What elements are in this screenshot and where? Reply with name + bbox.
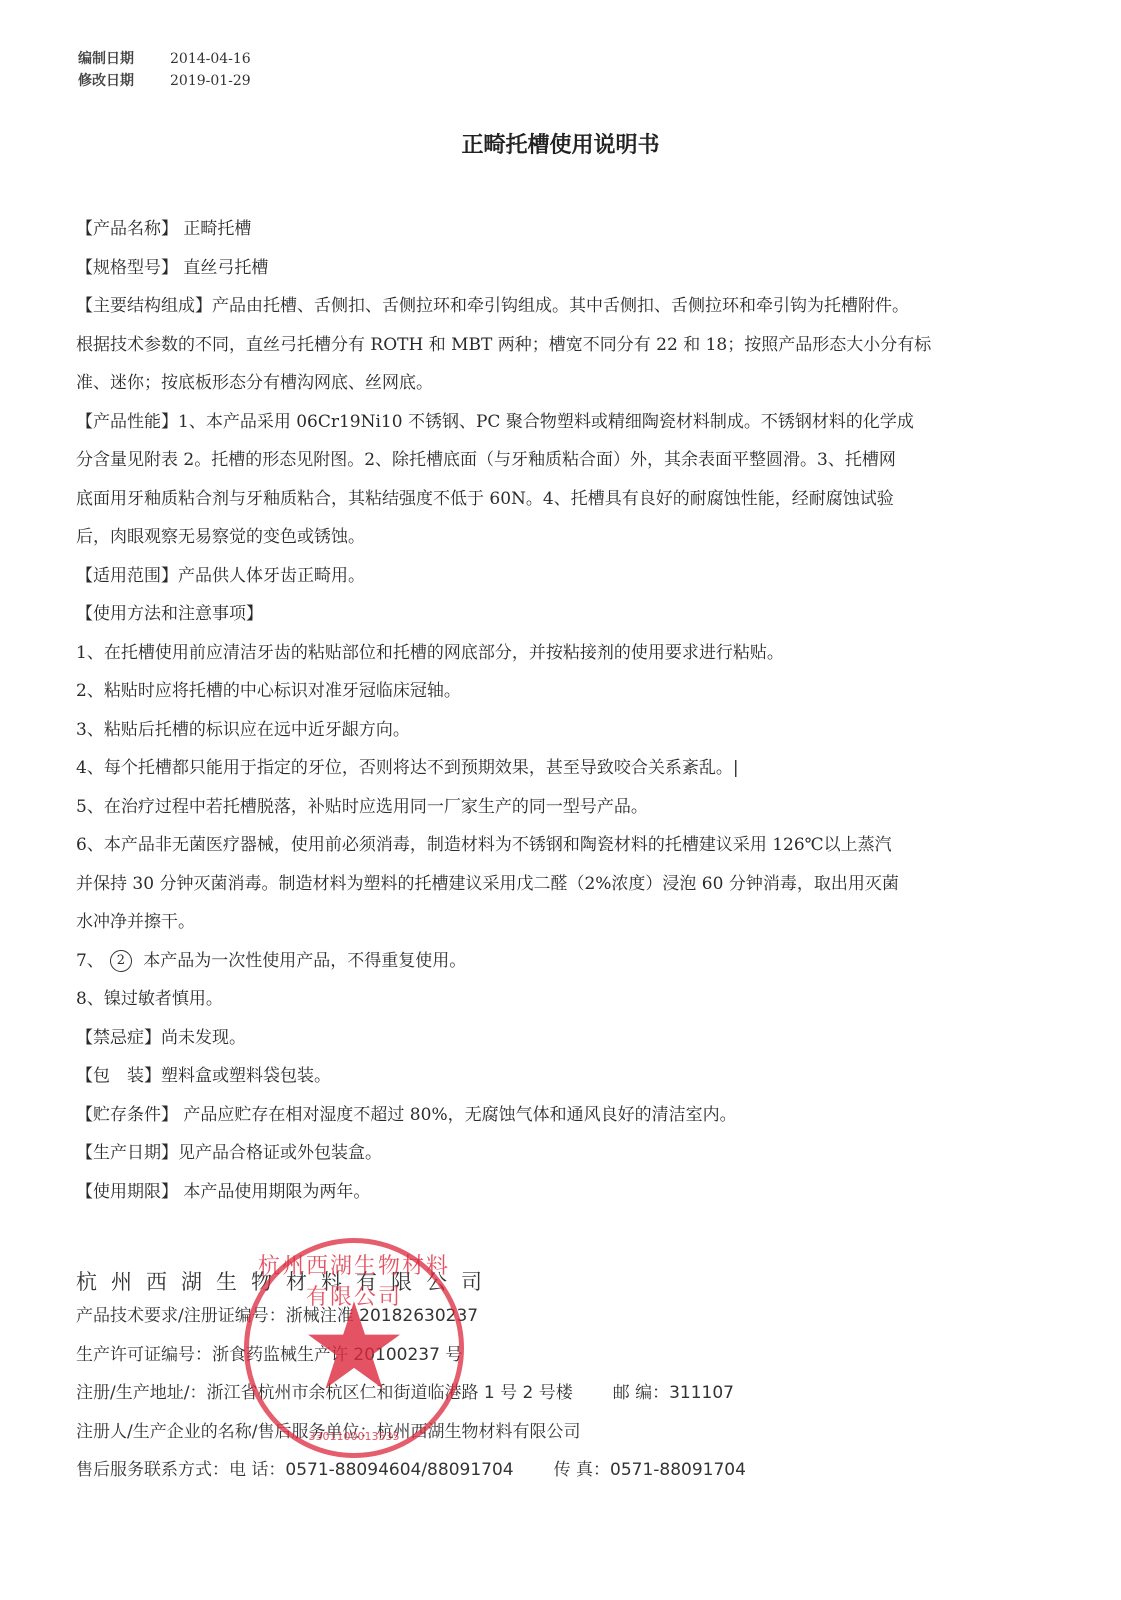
single-use-symbol-icon: 2 — [110, 950, 132, 972]
document-title: 正畸托槽使用说明书 — [0, 128, 1121, 159]
address: 注册/生产地址/：浙江省杭州市余杭区仁和街道临港路 1 号 2 号楼 — [76, 1383, 573, 1403]
usage-item-6-cont-2: 水冲净并擦干。 — [76, 907, 1036, 946]
usage-item-7-text: 本产品为一次性使用产品，不得重复使用。 — [138, 951, 466, 971]
usage-item-8: 8、镍过敏者慎用。 — [76, 984, 1036, 1023]
performance-line-3: 底面用牙釉质粘合剂与牙釉质粘合，其粘结强度不低于 60N。4、托槽具有良好的耐腐… — [76, 484, 1036, 523]
usage-item-1: 1、在托槽使用前应清洁牙齿的粘贴部位和托槽的网底部分，并按粘接剂的使用要求进行粘… — [76, 638, 1036, 677]
revised-date-row: 修改日期 2019-01-29 — [78, 70, 251, 92]
usage-item-6: 6、本产品非无菌医疗器械，使用前必须消毒，制造材料为不锈钢和陶瓷材料的托槽建议采… — [76, 830, 1036, 869]
company-name: 杭州西湖生物材料有限公司 — [76, 1264, 1056, 1300]
company-info: 杭州西湖生物材料有限公司 产品技术要求/注册证编号：浙械注准 201826302… — [76, 1264, 1056, 1493]
usage-item-2: 2、粘贴时应将托槽的中心标识对准牙冠临床冠轴。 — [76, 676, 1036, 715]
structure-line-2: 根据技术参数的不同，直丝弓托槽分有 ROTH 和 MBT 两种；槽宽不同分有 2… — [76, 330, 1036, 369]
usage-item-7: 7、2 本产品为一次性使用产品，不得重复使用。 — [76, 946, 1036, 985]
production-license: 生产许可证编号：浙食药监械生产许 20100237 号 — [76, 1339, 1056, 1378]
address-row: 注册/生产地址/：浙江省杭州市余杭区仁和街道临港路 1 号 2 号楼邮 编：31… — [76, 1377, 1056, 1416]
document-body: 【产品名称】 正畸托槽 【规格型号】 直丝弓托槽 【主要结构组成】产品由托槽、舌… — [76, 214, 1036, 1215]
performance-line-2: 分含量见附表 2。托槽的形态见附图。2、除托槽底面（与牙釉质粘合面）外，其余表面… — [76, 445, 1036, 484]
postcode: 邮 编：311107 — [613, 1383, 734, 1403]
structure-line-3: 准、迷你；按底板形态分有槽沟网底、丝网底。 — [76, 368, 1036, 407]
usage-item-5: 5、在治疗过程中若托槽脱落，补贴时应选用同一厂家生产的同一型号产品。 — [76, 792, 1036, 831]
shelf-life-line: 【使用期限】 本产品使用期限为两年。 — [76, 1177, 1036, 1216]
production-date-line: 【生产日期】见产品合格证或外包装盒。 — [76, 1138, 1036, 1177]
compiled-date-label: 编制日期 — [78, 48, 170, 70]
performance-line: 【产品性能】1、本产品采用 06Cr19Ni10 不锈钢、PC 聚合物塑料或精细… — [76, 407, 1036, 446]
compiled-date-row: 编制日期 2014-04-16 — [78, 48, 251, 70]
model-line: 【规格型号】 直丝弓托槽 — [76, 253, 1036, 292]
usage-item-6-cont: 并保持 30 分钟灭菌消毒。制造材料为塑料的托槽建议采用戊二醛（2%浓度）浸泡 … — [76, 869, 1036, 908]
revised-date-label: 修改日期 — [78, 70, 170, 92]
usage-item-4: 4、每个托槽都只能用于指定的牙位，否则将达不到预期效果，甚至导致咬合关系紊乱。| — [76, 753, 1036, 792]
registrant: 注册人/生产企业的名称/售后服务单位：杭州西湖生物材料有限公司 — [76, 1416, 1056, 1455]
structure-line: 【主要结构组成】产品由托槽、舌侧扣、舌侧拉环和牵引钩组成。其中舌侧扣、舌侧拉环和… — [76, 291, 1036, 330]
phone: 售后服务联系方式：电 话：0571-88094604/88091704 — [76, 1460, 514, 1480]
contact-row: 售后服务联系方式：电 话：0571-88094604/88091704传 真：0… — [76, 1454, 1056, 1493]
compiled-date: 2014-04-16 — [170, 48, 251, 70]
revised-date: 2019-01-29 — [170, 70, 251, 92]
product-name-line: 【产品名称】 正畸托槽 — [76, 214, 1036, 253]
document-meta: 编制日期 2014-04-16 修改日期 2019-01-29 — [78, 48, 251, 92]
fax: 传 真：0571-88091704 — [554, 1460, 746, 1480]
scope-line: 【适用范围】产品供人体牙齿正畸用。 — [76, 561, 1036, 600]
usage-item-3: 3、粘贴后托槽的标识应在远中近牙龈方向。 — [76, 715, 1036, 754]
storage-line: 【贮存条件】 产品应贮存在相对湿度不超过 80%，无腐蚀气体和通风良好的清洁室内… — [76, 1100, 1036, 1139]
performance-line-4: 后，肉眼观察无易察觉的变色或锈蚀。 — [76, 522, 1036, 561]
contraindication-line: 【禁忌症】尚未发现。 — [76, 1023, 1036, 1062]
usage-item-7-prefix: 7、 — [76, 951, 104, 971]
usage-heading: 【使用方法和注意事项】 — [76, 599, 1036, 638]
registration-number: 产品技术要求/注册证编号：浙械注准 20182630237 — [76, 1300, 1056, 1339]
packaging-line: 【包 装】塑料盒或塑料袋包装。 — [76, 1061, 1036, 1100]
